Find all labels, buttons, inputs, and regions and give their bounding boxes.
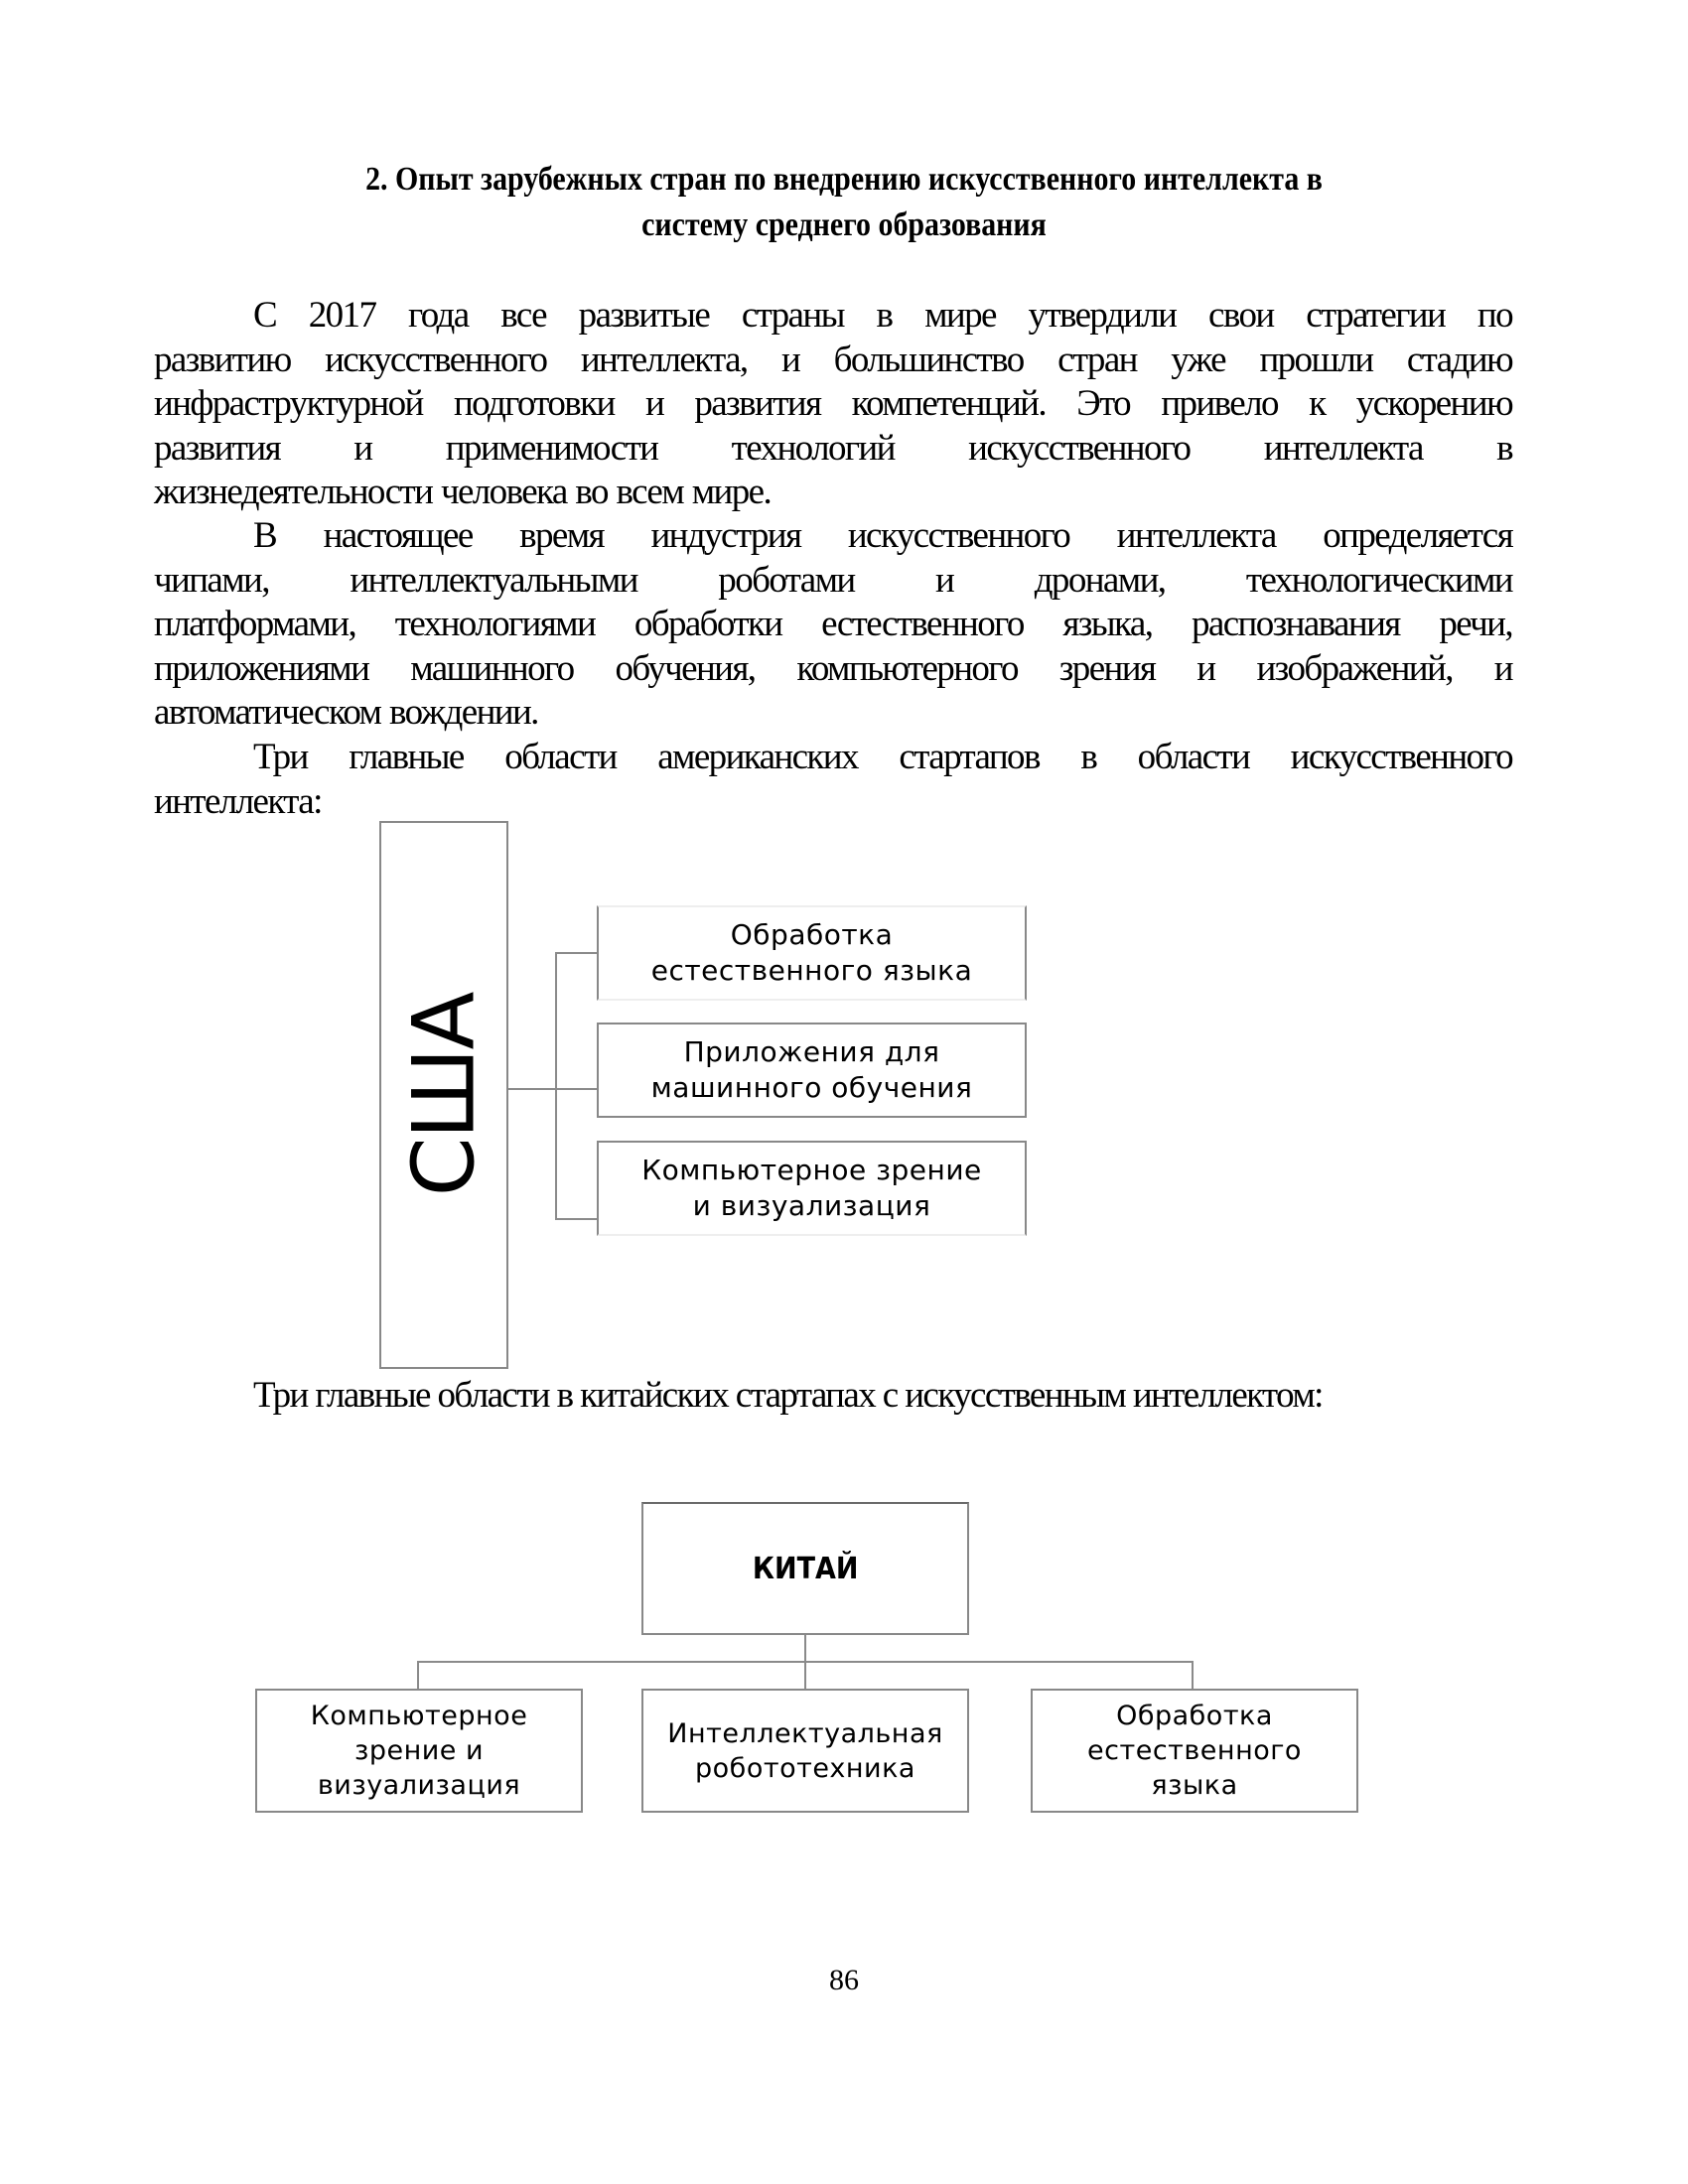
box-text: естественного языка <box>651 953 973 989</box>
connector-line <box>417 1661 1194 1663</box>
box-text: Компьютерное зрение <box>641 1153 982 1188</box>
paragraph-line: развития и применимости технологий искус… <box>154 427 1512 472</box>
box-text: Интеллектуальная <box>667 1716 943 1751</box>
heading-line-2: систему среднего образования <box>232 203 1456 248</box>
box-text: визуализация <box>311 1768 528 1803</box>
connector-line <box>555 952 557 1220</box>
box-text: Обработка <box>1087 1699 1302 1733</box>
paragraph-line: платформами, технологиями обработки есте… <box>154 603 1512 647</box>
heading-line-1: 2. Опыт зарубежных стран по внедрению ис… <box>232 157 1456 203</box>
box-text: Обработка <box>651 917 973 953</box>
paragraph-line: С 2017 года все развитые страны в мире у… <box>154 294 1512 339</box>
box-text: машинного обучения <box>651 1070 973 1106</box>
section-heading: 2. Опыт зарубежных стран по внедрению ис… <box>232 157 1456 248</box>
paragraph-line: Три главные области американских стартап… <box>154 736 1512 780</box>
china-child-box: Компьютерное зрение и визуализация <box>255 1689 583 1813</box>
connector-line <box>555 1218 598 1220</box>
paragraph-line: автоматическом вождении. <box>154 691 1512 736</box>
paragraph-2: В настоящее время индустрия искусственно… <box>154 514 1512 736</box>
paragraph-line: В настоящее время индустрия искусственно… <box>154 514 1512 559</box>
paragraph-line: развитию искусственного интеллекта, и бо… <box>154 339 1512 383</box>
connector-line <box>804 1635 806 1691</box>
usa-child-box: Компьютерное зрение и визуализация <box>597 1141 1027 1236</box>
page-number: 86 <box>0 1964 1688 1997</box>
paragraph-3: Три главные области американских стартап… <box>154 736 1512 824</box>
china-root-box: КИТАЙ <box>641 1502 969 1635</box>
box-text: зрение и <box>311 1733 528 1768</box>
usa-root-label: США <box>394 994 493 1197</box>
paragraph-1: С 2017 года все развитые страны в мире у… <box>154 294 1512 515</box>
box-text: Приложения для <box>651 1034 973 1070</box>
connector-line <box>555 1088 598 1090</box>
usa-child-box: Обработка естественного языка <box>597 905 1027 1001</box>
box-text: языка <box>1087 1768 1302 1803</box>
connector-line <box>555 952 598 954</box>
box-text: естественного <box>1087 1733 1302 1768</box>
china-child-box: Интеллектуальная робототехника <box>641 1689 969 1813</box>
china-root-label: КИТАЙ <box>753 1552 859 1586</box>
paragraph-line: приложениями машинного обучения, компьют… <box>154 647 1512 692</box>
connector-line <box>508 1088 556 1090</box>
connector-line <box>417 1661 419 1690</box>
paragraph-line: жизнедеятельности человека во всем мире. <box>154 471 1512 515</box>
paragraph-line: инфраструктурной подготовки и развития к… <box>154 382 1512 427</box>
china-child-box: Обработка естественного языка <box>1031 1689 1358 1813</box>
box-text: и визуализация <box>641 1188 982 1224</box>
paragraph-line: интеллекта: <box>154 780 1512 825</box>
china-caption: Три главные области в китайских стартапа… <box>253 1374 1323 1417</box>
usa-child-box: Приложения для машинного обучения <box>597 1023 1027 1118</box>
connector-line <box>1192 1661 1194 1690</box>
paragraph-line: чипами, интеллектуальными роботами и дро… <box>154 559 1512 604</box>
usa-root-box: США <box>379 821 508 1369</box>
box-text: робототехника <box>667 1751 943 1786</box>
box-text: Компьютерное <box>311 1699 528 1733</box>
